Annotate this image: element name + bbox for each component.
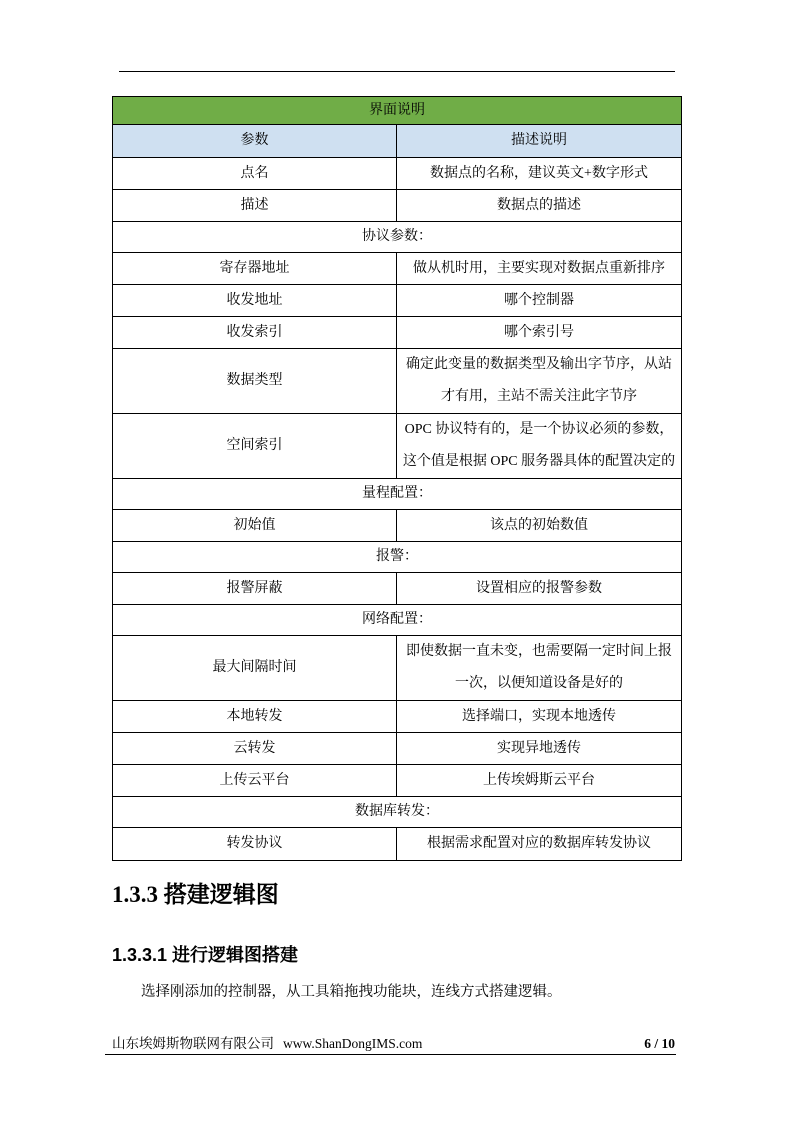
param-cell: 描述: [113, 190, 397, 221]
table-row: 云转发实现异地透传: [113, 733, 681, 765]
param-cell: 数据类型: [113, 349, 397, 413]
section-label: 网络配置：: [113, 605, 681, 635]
table-row: 收发地址哪个控制器: [113, 285, 681, 317]
param-cell: 云转发: [113, 733, 397, 764]
table-row: 空间索引OPC 协议特有的，是一个协议必须的参数， 这个值是根据 OPC 服务器…: [113, 414, 681, 479]
footer-website: www.ShanDongIMS.com: [283, 1036, 422, 1052]
table-section-row: 量程配置：: [113, 479, 681, 510]
param-cell: 初始值: [113, 510, 397, 541]
table-section-row: 数据库转发：: [113, 797, 681, 828]
table-row: 转发协议根据需求配置对应的数据库转发协议: [113, 828, 681, 860]
param-cell: 点名: [113, 158, 397, 189]
table-row: 本地转发选择端口，实现本地透传: [113, 701, 681, 733]
table-section-row: 网络配置：: [113, 605, 681, 636]
desc-cell: 哪个控制器: [397, 285, 681, 316]
section-label: 量程配置：: [113, 479, 681, 509]
param-cell: 收发索引: [113, 317, 397, 348]
body-paragraph: 选择刚添加的控制器，从工具箱拖拽功能块，连线方式搭建逻辑。: [112, 981, 684, 1003]
param-cell: 最大间隔时间: [113, 636, 397, 700]
section-label: 报警：: [113, 542, 681, 572]
desc-cell: 该点的初始数值: [397, 510, 681, 541]
desc-cell: OPC 协议特有的，是一个协议必须的参数， 这个值是根据 OPC 服务器具体的配…: [397, 414, 681, 478]
table-row: 寄存器地址做从机时用，主要实现对数据点重新排序: [113, 253, 681, 285]
table-section-row: 报警：: [113, 542, 681, 573]
footer-page-number: 6 / 10: [644, 1036, 675, 1052]
spec-table-body: 点名数据点的名称，建议英文+数字形式描述数据点的描述协议参数：寄存器地址做从机时…: [113, 158, 681, 860]
desc-cell: 哪个索引号: [397, 317, 681, 348]
section-heading-1-3-3: 1.3.3 搭建逻辑图: [112, 876, 279, 909]
desc-cell: 根据需求配置对应的数据库转发协议: [397, 828, 681, 860]
desc-cell: 选择端口，实现本地透传: [397, 701, 681, 732]
table-row: 最大间隔时间即使数据一直未变，也需要隔一定时间上报 一次，以便知道设备是好的: [113, 636, 681, 701]
column-header-param: 参数: [113, 125, 397, 157]
table-row: 报警屏蔽设置相应的报警参数: [113, 573, 681, 605]
table-row: 初始值该点的初始数值: [113, 510, 681, 542]
section-label: 协议参数：: [113, 222, 681, 252]
table-section-row: 协议参数：: [113, 222, 681, 253]
desc-cell: 数据点的描述: [397, 190, 681, 221]
table-row: 收发索引哪个索引号: [113, 317, 681, 349]
param-cell: 收发地址: [113, 285, 397, 316]
desc-cell: 上传埃姆斯云平台: [397, 765, 681, 796]
footer-left: 山东埃姆斯物联网有限公司 www.ShanDongIMS.com: [112, 1032, 422, 1052]
table-row: 描述数据点的描述: [113, 190, 681, 222]
section-heading-1-3-3-1: 1.3.3.1 进行逻辑图搭建: [112, 941, 298, 967]
param-cell: 寄存器地址: [113, 253, 397, 284]
table-row: 上传云平台上传埃姆斯云平台: [113, 765, 681, 797]
table-row: 数据类型确定此变量的数据类型及输出字节序，从站 才有用，主站不需关注此字节序: [113, 349, 681, 414]
table-title: 界面说明: [113, 97, 681, 124]
desc-cell: 实现异地透传: [397, 733, 681, 764]
param-cell: 空间索引: [113, 414, 397, 478]
interface-spec-table: 界面说明 参数 描述说明 点名数据点的名称，建议英文+数字形式描述数据点的描述协…: [112, 96, 682, 861]
footer-company: 山东埃姆斯物联网有限公司: [112, 1032, 274, 1052]
param-cell: 报警屏蔽: [113, 573, 397, 604]
header-rule: [119, 71, 675, 72]
desc-cell: 数据点的名称，建议英文+数字形式: [397, 158, 681, 189]
document-page: 界面说明 参数 描述说明 点名数据点的名称，建议英文+数字形式描述数据点的描述协…: [0, 0, 793, 1122]
page-footer: 山东埃姆斯物联网有限公司 www.ShanDongIMS.com 6 / 10: [112, 1032, 675, 1052]
desc-cell: 设置相应的报警参数: [397, 573, 681, 604]
desc-cell: 确定此变量的数据类型及输出字节序，从站 才有用，主站不需关注此字节序: [397, 349, 681, 413]
param-cell: 转发协议: [113, 828, 397, 860]
table-row: 点名数据点的名称，建议英文+数字形式: [113, 158, 681, 190]
section-label: 数据库转发：: [113, 797, 681, 827]
column-header-row: 参数 描述说明: [113, 125, 681, 158]
column-header-desc: 描述说明: [397, 125, 681, 157]
table-title-row: 界面说明: [113, 97, 681, 125]
desc-cell: 做从机时用，主要实现对数据点重新排序: [397, 253, 681, 284]
footer-rule: [105, 1054, 676, 1055]
desc-cell: 即使数据一直未变，也需要隔一定时间上报 一次，以便知道设备是好的: [397, 636, 681, 700]
param-cell: 上传云平台: [113, 765, 397, 796]
param-cell: 本地转发: [113, 701, 397, 732]
